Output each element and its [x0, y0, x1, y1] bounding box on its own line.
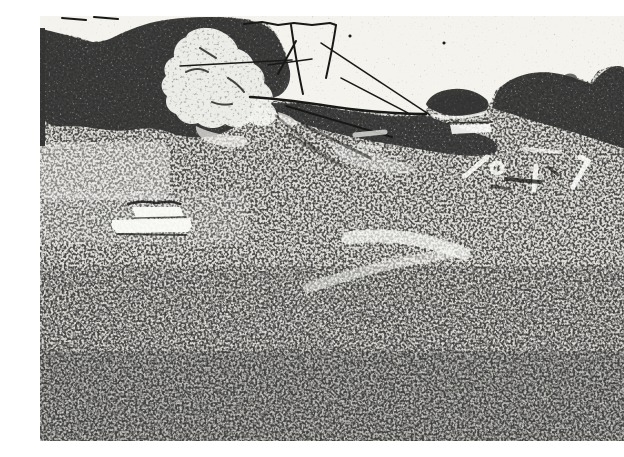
debris-bar-edge: [448, 122, 492, 123]
debris-upright: [534, 166, 536, 190]
sky-speck-1: [349, 35, 352, 38]
photo-canvas: Wrecked early aeroplane in a field (grai…: [40, 16, 624, 441]
debris-dash-2: [360, 146, 380, 148]
scanned-photo: Wrecked early aeroplane in a field (grai…: [40, 16, 624, 441]
plank-lower-board: [112, 218, 192, 233]
plank-divider-line: [134, 217, 186, 218]
light-field-band: [40, 142, 170, 200]
plank-shadow-line: [118, 234, 186, 235]
grass-bottom-texture: [40, 351, 624, 441]
sky-speck-2: [443, 42, 446, 45]
debris-dash-1: [355, 132, 385, 135]
